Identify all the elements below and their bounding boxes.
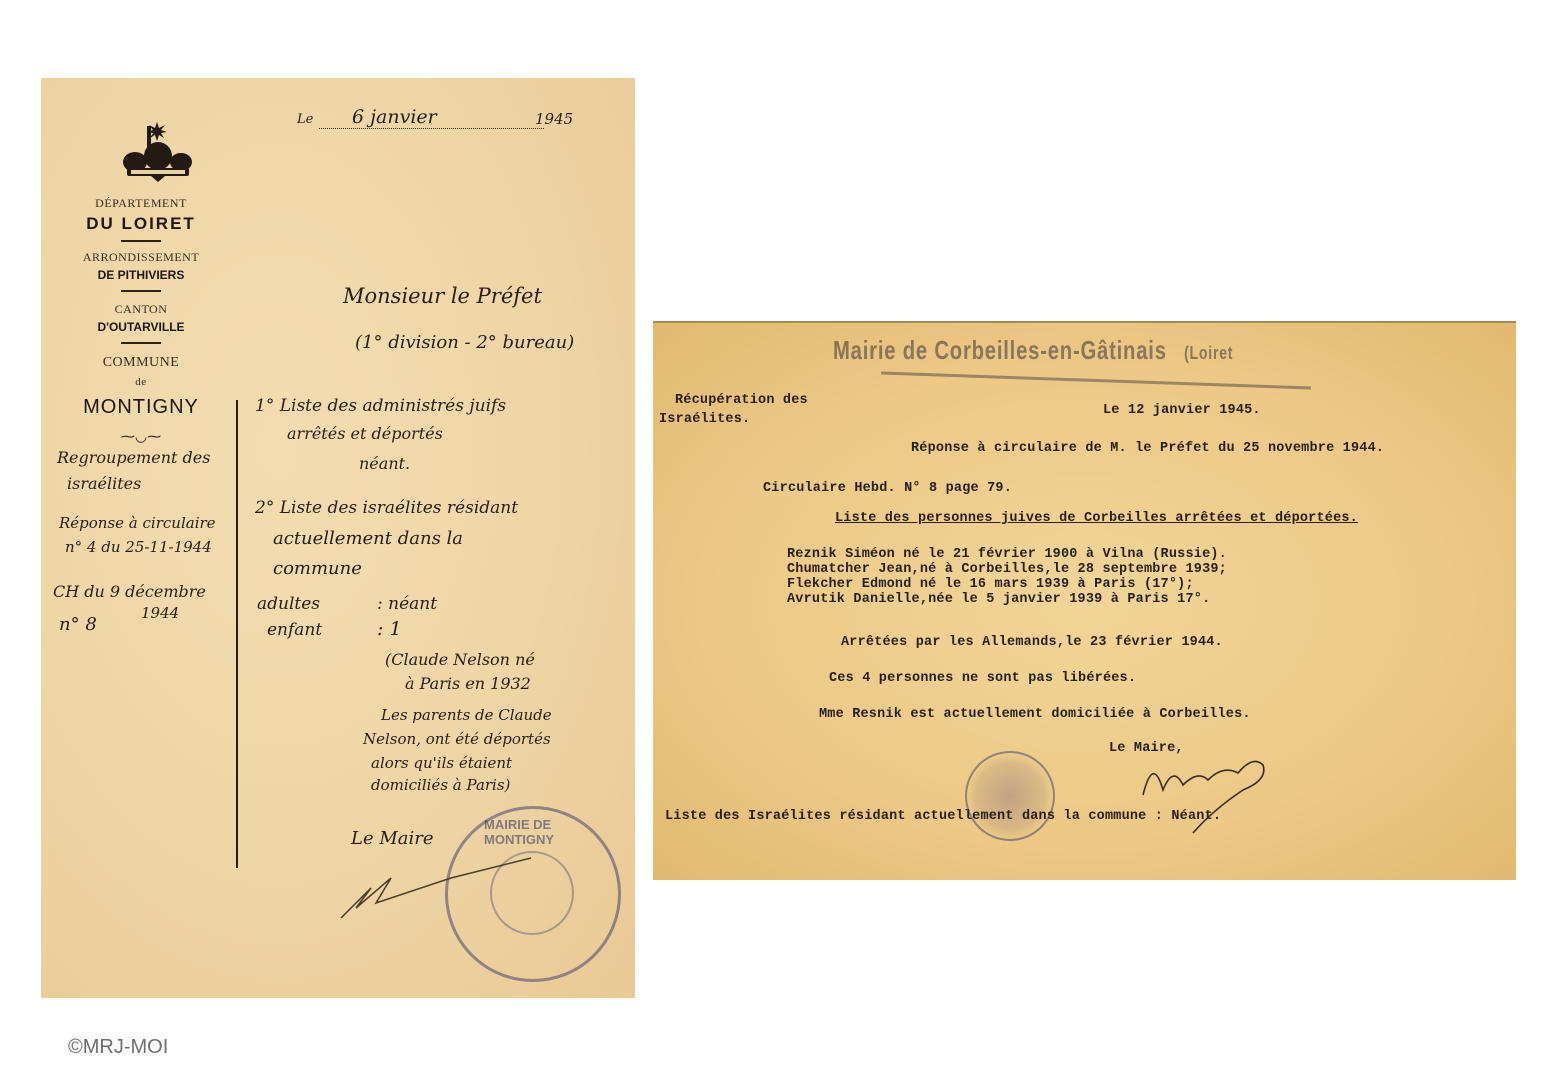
resident-note: Mme Resnik est actuellement domiciliée à…	[819, 707, 1251, 722]
ornament-icon: ⁓◡⁓	[41, 428, 241, 445]
stamp-text: MAIRIE DE MONTIGNY	[484, 817, 618, 847]
subject-line-2: Israélites.	[659, 412, 750, 427]
note-line-6: domiciliés à Paris)	[371, 776, 510, 794]
margin-line	[236, 400, 238, 868]
date-prefix: Le	[297, 112, 313, 127]
commune-de: de	[41, 376, 241, 388]
note-line-4: Nelson, ont été déportés	[363, 730, 551, 748]
arrondissement-label: ARRONDISSEMENT	[41, 250, 241, 265]
header-stamp-text: Mairie de Corbeilles-en-Gâtinais	[833, 335, 1167, 365]
date-day-month: 6 janvier	[352, 106, 437, 128]
margin-reply-1: Réponse à circulaire	[59, 514, 216, 532]
divider	[121, 290, 161, 292]
margin-ch-2: 1944	[141, 604, 179, 622]
item2-line-3: commune	[273, 558, 362, 579]
header-stamp-suffix: (Loiret	[1184, 343, 1233, 363]
signature-title: Le Maire	[351, 828, 434, 849]
canton-label: CANTON	[41, 302, 241, 317]
montigny-letter: DÉPARTEMENT DU LOIRET ARRONDISSEMENT DE …	[41, 78, 635, 998]
date-rule	[319, 128, 544, 129]
date-year: 1945	[535, 110, 573, 128]
arrondissement-name: DE PITHIVIERS	[41, 268, 241, 282]
adults-value: : néant	[377, 594, 437, 614]
header-stamp: Mairie de Corbeilles-en-Gâtinais (Loiret	[833, 335, 1233, 366]
margin-subject-2: israélites	[67, 474, 141, 493]
item1-line-2: arrêtés et déportés	[287, 424, 443, 443]
canton-name: D'OUTARVILLE	[41, 320, 241, 334]
letter-date: Le 12 janvier 1945.	[1103, 403, 1261, 418]
corbeilles-letter: Mairie de Corbeilles-en-Gâtinais (Loiret…	[653, 321, 1516, 880]
divider	[121, 240, 161, 242]
margin-reply-2: n° 4 du 25-11-1944	[65, 538, 212, 556]
margin-ch-3: n° 8	[59, 614, 97, 635]
person-row: Reznik Siméon né le 21 février 1900 à Vi…	[787, 547, 1227, 562]
copyright-credit: ©MRJ-MOI	[68, 1036, 168, 1059]
note-line-3: Les parents de Claude	[381, 706, 552, 724]
commune-label: COMMUNE	[41, 355, 241, 371]
divider	[121, 342, 161, 344]
person-row: Flekcher Edmond né le 16 mars 1939 à Par…	[787, 577, 1227, 592]
commune-name: MONTIGNY	[41, 396, 241, 419]
circular-line: Circulaire Hebd. N° 8 page 79.	[763, 481, 1012, 496]
item2-line-1: 2° Liste des israélites résidant	[255, 498, 518, 518]
item1-line-1: 1° Liste des administrés juifs	[255, 396, 506, 416]
subject-line-1: Récupération des	[675, 393, 808, 408]
not-freed-line: Ces 4 personnes ne sont pas libérées.	[829, 671, 1136, 686]
margin-ch-1: CH du 9 décembre	[53, 582, 206, 601]
item1-value: néant.	[359, 454, 410, 473]
reply-line: Réponse à circulaire de M. le Préfet du …	[911, 441, 1384, 456]
mayor-signature-icon	[331, 848, 551, 928]
margin-subject-1: Regroupement des	[57, 448, 210, 467]
persons-list: Reznik Siméon né le 21 février 1900 à Vi…	[787, 547, 1227, 607]
item2-line-2: actuellement dans la	[273, 528, 463, 549]
addressee-line-1: Monsieur le Préfet	[343, 284, 542, 308]
department-label: DÉPARTEMENT	[41, 196, 241, 211]
child-label: enfant	[267, 620, 322, 640]
adults-label: adultes	[257, 594, 320, 614]
person-row: Chumatcher Jean,né à Corbeilles,le 28 se…	[787, 562, 1227, 577]
person-row: Avrutik Danielle,née le 5 janvier 1939 à…	[787, 592, 1227, 607]
date-line: Le 6 janvier 1945	[297, 108, 597, 132]
marianne-emblem-icon	[121, 120, 195, 184]
list-title: Liste des personnes juives de Corbeilles…	[835, 511, 1358, 526]
stamp-underline	[881, 371, 1311, 389]
note-line-5: alors qu'ils étaient	[371, 754, 512, 772]
addressee-line-2: (1° division - 2° bureau)	[355, 332, 574, 353]
arrested-line: Arrêtées par les Allemands,le 23 février…	[841, 635, 1223, 650]
note-line-2: à Paris en 1932	[405, 674, 531, 693]
child-value: : 1	[377, 618, 402, 640]
note-line-1: (Claude Nelson né	[385, 650, 535, 669]
footer-line: Liste des Israélites résidant actuelleme…	[665, 809, 1221, 824]
mairie-stamp	[965, 751, 1055, 841]
department-name: DU LOIRET	[41, 214, 241, 234]
